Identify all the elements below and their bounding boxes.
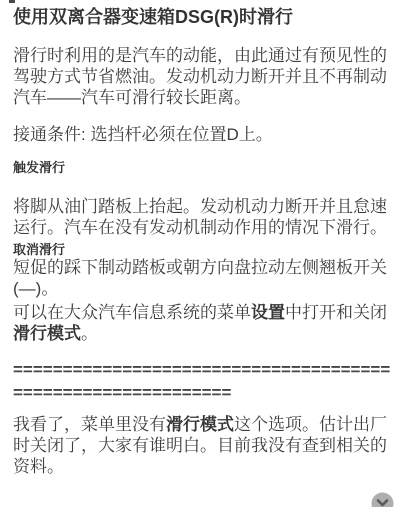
settings-note: 可以在大众汽车信息系统的菜单设置中打开和关闭滑行模式。 — [13, 302, 390, 344]
user-comment: 我看了，菜单里没有滑行模式这个选项。估计出厂时关闭了，大家有谁明白。目前我没有查… — [13, 414, 390, 477]
intro-paragraph: 滑行时利用的是汽车的动能，由此通过有预见性的驾驶方式节省燃油。发动机动力断开并且… — [13, 45, 390, 108]
trigger-section-heading: 触发滑行 — [13, 161, 390, 175]
settings-menu-term: 设置 — [251, 303, 285, 322]
coasting-mode-term-comment: 滑行模式 — [166, 415, 234, 434]
settings-note-mid: 中打开和关闭 — [285, 303, 387, 322]
chevron-down-circle-icon[interactable] — [371, 492, 394, 507]
user-comment-pre: 我看了，菜单里没有 — [13, 415, 166, 434]
separator-line-2: ====================== — [13, 381, 390, 404]
article-page: 使用双离合器变速箱DSG(R)时滑行 滑行时利用的是汽车的动能，由此通过有预见性… — [0, 0, 400, 507]
page-title: 使用双离合器变速箱DSG(R)时滑行 — [13, 6, 390, 28]
settings-note-pre: 可以在大众汽车信息系统的菜单 — [13, 303, 251, 322]
coasting-mode-term: 滑行模式 — [13, 324, 81, 343]
trigger-section-body: 将脚从油门踏板上抬起。发动机动力断开并且怠速运行。汽车在没有发动机制动作用的情况… — [13, 196, 390, 238]
activation-condition: 接通条件: 选挡杆必须在位置D上。 — [13, 124, 390, 145]
cancel-section-heading: 取消滑行 — [13, 243, 390, 257]
separator: ====================================== =… — [13, 358, 390, 404]
clipped-text-artifact — [9, 0, 15, 3]
settings-note-post: 。 — [81, 324, 98, 343]
cancel-section-body: 短促的踩下制动踏板或朝方向盘拉动左侧翘板开关 (—)。 — [13, 257, 390, 299]
separator-line-1: ====================================== — [13, 358, 390, 381]
